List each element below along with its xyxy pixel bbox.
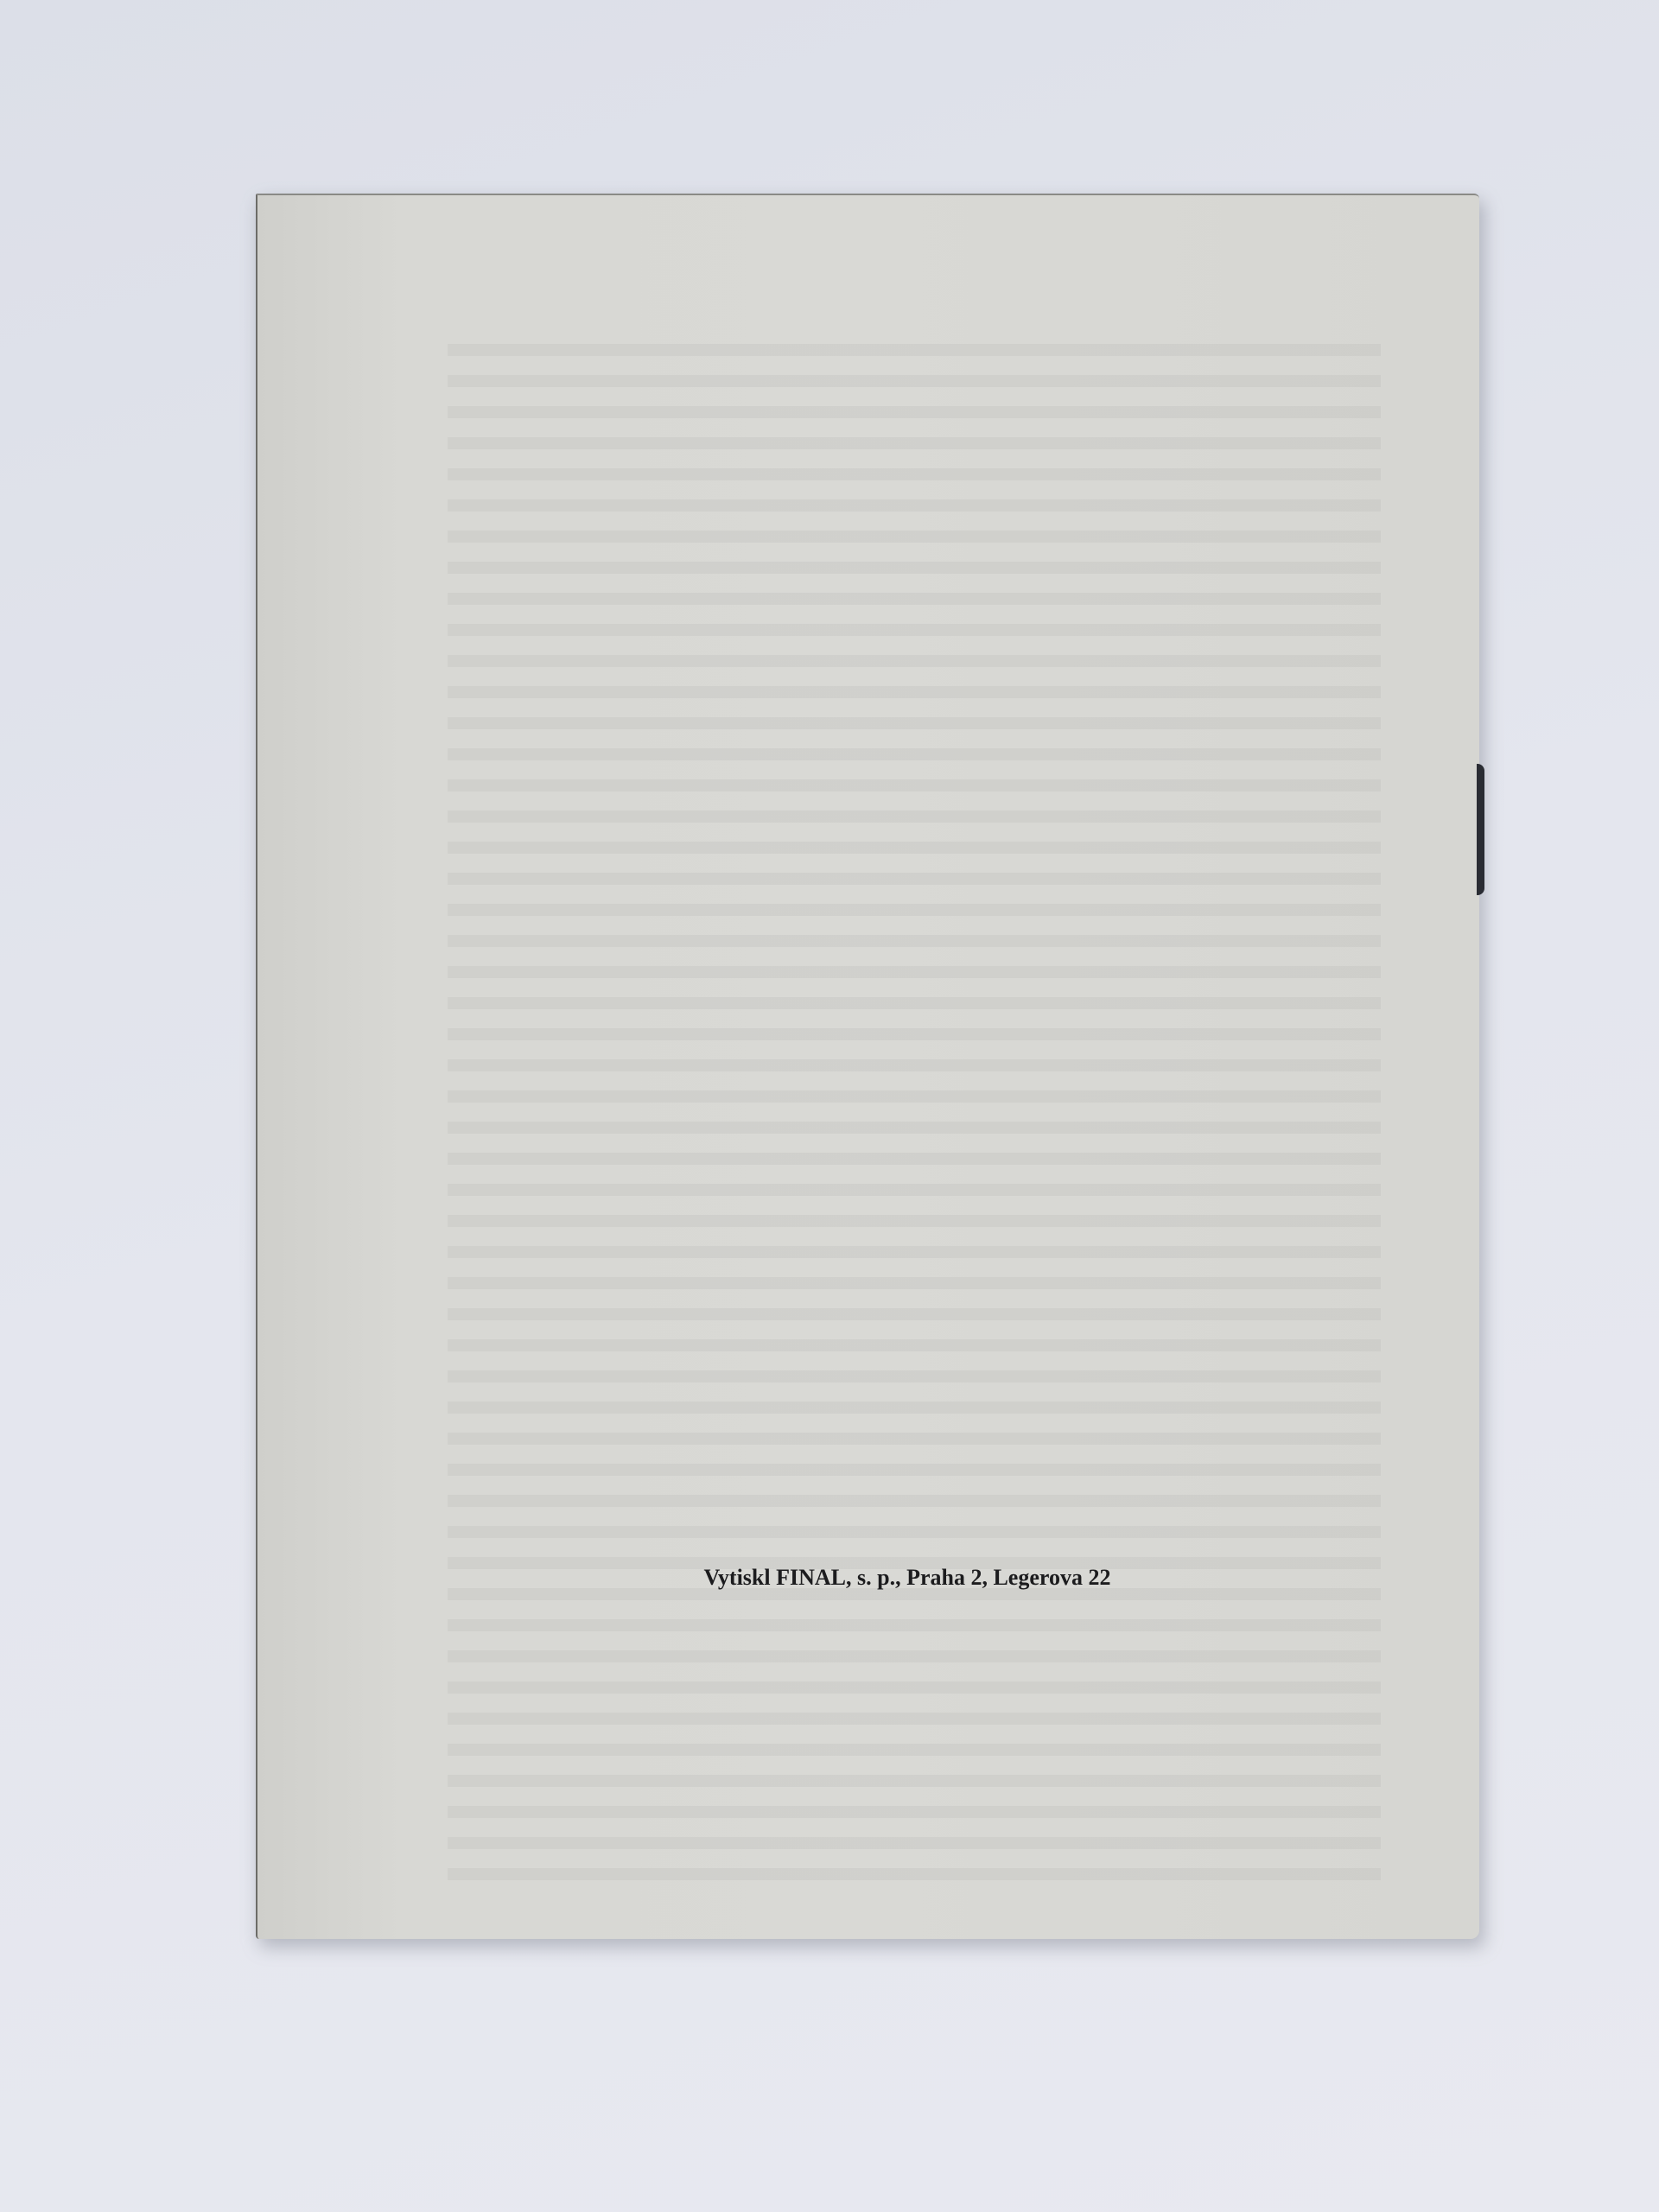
printer-imprint: Vytiskl FINAL, s. p., Praha 2, Legerova … bbox=[657, 1565, 1158, 1591]
show-through-text bbox=[448, 325, 1381, 1897]
staple bbox=[1477, 764, 1484, 895]
booklet-page: Vytiskl FINAL, s. p., Praha 2, Legerova … bbox=[256, 194, 1479, 1939]
